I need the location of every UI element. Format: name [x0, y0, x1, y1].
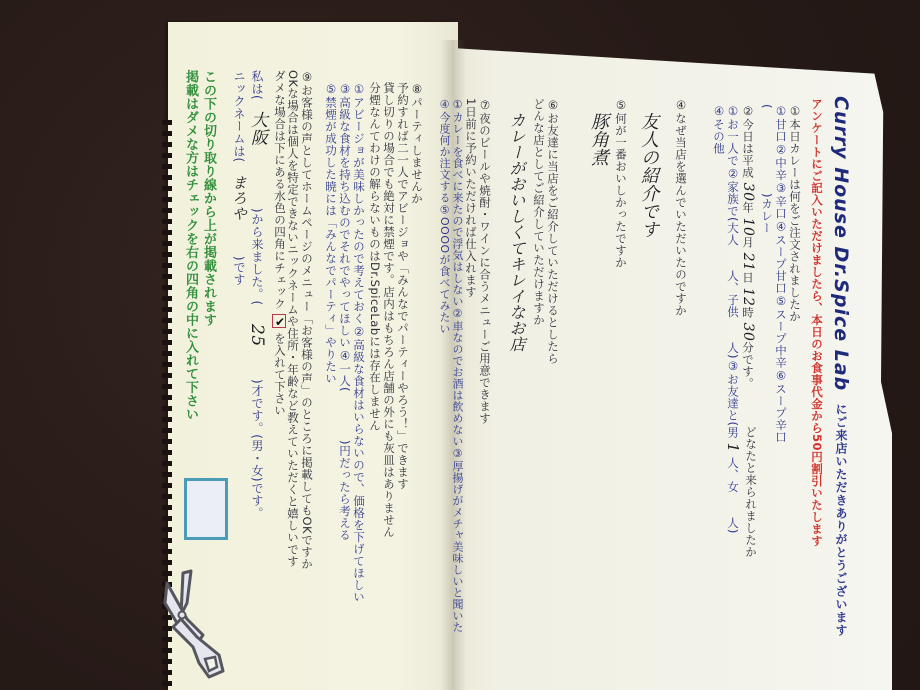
q7-question: ⑦夜のビールや焼酎・ワインに合うメニューご用意できます — [478, 98, 492, 425]
q8-question: ⑧パーティしませんか — [410, 82, 424, 205]
month-value: 10 — [740, 218, 756, 237]
from-value: 大阪 — [247, 111, 267, 146]
q2-who-label: どなたと来られましたか — [744, 426, 758, 558]
year-value: 30 — [740, 183, 756, 202]
thanks-text: にご来店いただきありがとうございます — [834, 403, 848, 637]
nickname-value: まろや — [230, 175, 248, 222]
q1-other: ( )カレー — [760, 104, 774, 234]
q8-options-b: ③高級な食材を持ち込むのでそれでやってほしい④一人( )円だったら考える — [338, 82, 352, 541]
q4-question: ④なぜ当店を選んでいただいたのですか — [674, 98, 688, 317]
q7-note: 1日前に予約いただければ仕入れます — [464, 98, 478, 298]
q8-line1: 予約すれば二一人でアビージョや「みんなでパーティーやろう！」できます — [396, 82, 410, 490]
hour-value: 12 — [740, 288, 756, 307]
q8-line3: 分煙なんてわけの解らないものはDr.SpiceLabには存在しません — [368, 82, 382, 432]
footer-line1: この下の切り取り線から上が掲載されます — [200, 70, 217, 327]
profile-nickname-line: ニックネームは( まろや )です — [232, 70, 246, 286]
q2-other: ④その他 — [712, 104, 726, 155]
q9-line3: ダメな場合は下にある水色の四角にチェック ✔ を入れて下さい — [272, 70, 287, 416]
q5-answer: 豚角煮 — [585, 112, 611, 166]
q6-answer: カレーがおいしくてキレイなお店 — [505, 112, 528, 352]
profile-from-line: 私は( 大阪 )から来ました。( 25 )才です。(男・女)です。 — [250, 70, 264, 520]
q8-line2: 貸し切りの場合でも絶対に禁煙です。店内はもちろん店舗の外にも灰皿はありません — [382, 82, 396, 538]
q5-question: ⑤何が一番おいしかったですか — [614, 98, 628, 269]
q6-question-a: ⑥お友達に当店をご紹介していただけるとしたら — [546, 98, 560, 365]
age-value: 25 — [247, 324, 267, 347]
q2-date-line: ②今日は平成 30年 10月 21日 12時 30分です。 — [741, 104, 755, 389]
male-count: 1 — [724, 443, 742, 453]
discount-notice: アンケートにご記入いただけましたら、本日のお食事代金から50円割引いたします — [810, 98, 824, 547]
day-value: 21 — [740, 253, 756, 272]
q9-line2: OKな場合は個人を特定できないニックネームや住所・年齢など教えていただくと嬉しい… — [286, 70, 300, 568]
shop-title: Curry House Dr.Spice Labにご来店いただきありがとうござい… — [830, 96, 852, 637]
minute-value: 30 — [740, 323, 756, 342]
q7-options-b: ④今度何か注文する⑤OOOOが食べてみたい — [437, 98, 451, 334]
footer-line2: 掲載はダメな方はチェックを右の四角の中に入れて下さい — [182, 70, 199, 421]
checkmark-checkbox[interactable]: ✔ — [272, 314, 286, 328]
scissors-icon — [163, 563, 233, 683]
q1-options: ①甘口②中辛③辛口④スープ甘口⑤スープ中辛⑥スープ辛口 — [774, 104, 788, 443]
q8-options-c: ⑤禁煙が成功した暁には「みんなでパーティ」やりたい — [324, 82, 338, 385]
q7-options-a: ①カレーを食べに来たので浮気はしない②車なのでお酒は飲めない③厚揚げがメチャ美味… — [450, 98, 464, 633]
q4-answer: 友人の紹介です — [635, 112, 661, 238]
q6-question-b: どんな店としてご紹介していただけますか — [532, 98, 546, 326]
q9-line1: ⑨お客様の声としてホームページのメニュー「お客様の声」のところに掲載してもOKで… — [300, 70, 314, 570]
q8-options-a: ①アビージョが美味しかったので考えておく②高級な食材はいらないので、価格を下げて… — [352, 82, 366, 603]
no-publish-checkbox[interactable] — [184, 478, 228, 540]
q1-question: ①本日カレーは何をご注文されましたか — [788, 104, 802, 323]
q2-options: ①お一人で②家族で(大人 人、子供 人)③お友達と(男 1 人、女 人) — [726, 104, 740, 534]
